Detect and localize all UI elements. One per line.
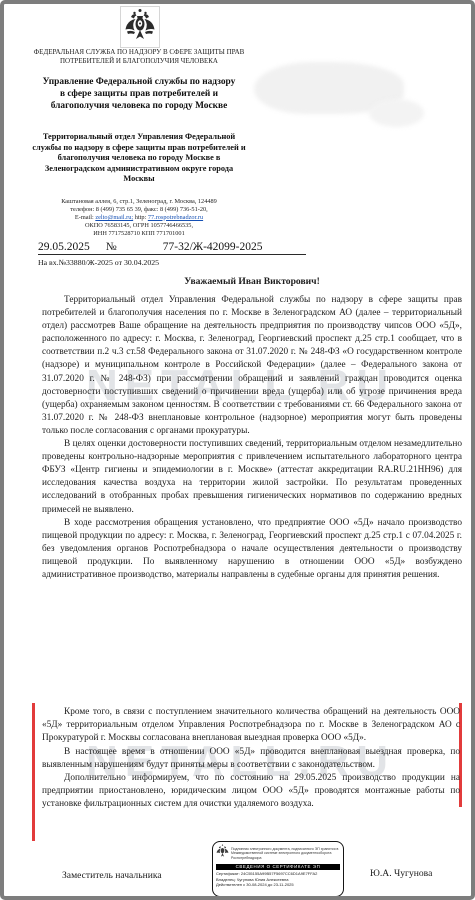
incoming-reference: На вх.№33880/Ж-2025 от 30.04.2025 bbox=[38, 258, 159, 267]
stamp-validity: Действителен с 30-08-2024 до 23-11-2025 bbox=[216, 882, 340, 888]
contact-block: Каштановая аллея, 6, стр.1, Зеленоград, … bbox=[19, 198, 259, 238]
marked-section: Кроме того, в связи с поступлением значи… bbox=[42, 706, 460, 812]
body-paragraph: В ходе рассмотрения обращения установлен… bbox=[42, 517, 462, 582]
stamp-header-text: Подлинник электронного документа, подпис… bbox=[231, 847, 340, 860]
email-label: E-mail: bbox=[75, 214, 94, 221]
codes-line2: ИНН 7717528710 КПП 771701001 bbox=[19, 230, 259, 238]
number-sign: № bbox=[106, 241, 117, 253]
double-headed-eagle-icon bbox=[124, 8, 156, 47]
agency-name: ФЕДЕРАЛЬНАЯ СЛУЖБА ПО НАДЗОРУ В СФЕРЕ ЗА… bbox=[19, 48, 259, 65]
coat-of-arms-box bbox=[120, 6, 160, 48]
outgoing-number: 77-32/Ж-42099-2025 bbox=[163, 241, 263, 253]
reference-line: 29.05.2025№77-32/Ж-42099-2025 bbox=[38, 241, 306, 255]
territorial-unit-name: Территориальный отдел Управления Федерал… bbox=[31, 132, 247, 185]
body-paragraph: В целях оценки достоверности поступивших… bbox=[42, 438, 462, 517]
address-line: Каштановая аллея, 6, стр.1, Зеленоград, … bbox=[19, 198, 259, 206]
department-name: Управление Федеральной службы по надзору… bbox=[39, 76, 239, 112]
salutation: Уважаемый Иван Викторович! bbox=[42, 276, 462, 287]
digital-signature-stamp: Подлинник электронного документа, подпис… bbox=[212, 841, 344, 897]
signer-position: Заместитель начальника bbox=[62, 870, 162, 881]
document-page: NETALL.RU NETALL.RU bbox=[0, 0, 475, 900]
body-paragraph: В настоящее время в отношении ООО «5Д» п… bbox=[42, 746, 460, 772]
stamp-certificate-bar: СВЕДЕНИЯ О СЕРТИФИКАТЕ ЭП bbox=[216, 864, 340, 870]
signer-name: Ю.А. Чугунова bbox=[370, 868, 432, 879]
phone-line: телефон: 8 (499) 735 65 39, факс: 8 (499… bbox=[19, 206, 259, 214]
body-text: Территориальный отдел Управления Федерал… bbox=[42, 294, 462, 582]
site-link[interactable]: 77.rospotrebnadzor.ru bbox=[148, 214, 203, 221]
email-line: E-mail: zelto@mail.ru; http: 77.rospotre… bbox=[19, 214, 259, 222]
stamp-eagle-icon bbox=[216, 844, 229, 863]
letter-date: 29.05.2025 bbox=[38, 241, 90, 253]
email-link[interactable]: zelto@mail.ru; bbox=[95, 214, 133, 221]
redacted-recipient-area-2 bbox=[369, 99, 424, 127]
body-paragraph: Дополнительно информируем, что по состоя… bbox=[42, 772, 460, 812]
codes-line1: ОКПО 76583145, ОГРН 1057746466535, bbox=[19, 222, 259, 230]
body-paragraph: Кроме того, в связи с поступлением значи… bbox=[42, 706, 460, 746]
body-paragraph: Территориальный отдел Управления Федерал… bbox=[42, 294, 462, 438]
site-label: http: bbox=[135, 214, 147, 221]
red-highlight-bar-left bbox=[32, 703, 35, 841]
